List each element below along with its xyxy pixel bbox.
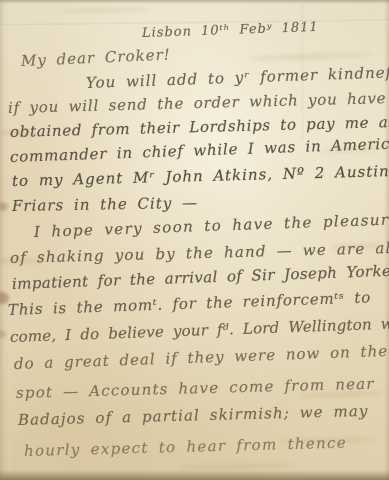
ink-bleedthrough <box>58 7 150 13</box>
paper-edge-top <box>0 0 389 4</box>
letter-line: impatient for the arrival of Sir Joseph … <box>12 262 389 293</box>
paper-edge-left <box>0 0 6 480</box>
letter-line: come, I do believe your fᵈ. Lord Welling… <box>10 314 389 346</box>
letter-line: I hope very soon to have the pleasure <box>34 210 389 241</box>
fold-crease-left <box>7 0 9 480</box>
ink-bleedthrough <box>178 463 298 470</box>
letter-line: You will add to yʳ former kindneſs <box>86 63 389 92</box>
paper-edge-bottom <box>0 470 389 480</box>
letter-line: if you will send the order which you hav… <box>8 89 387 117</box>
ink-bleedthrough <box>248 52 373 61</box>
letter-line: spot — Accounts have come from near <box>16 375 375 402</box>
letter-line: to my Agent Mʳ John Atkins, Nº 2 Austin <box>12 162 389 190</box>
letter-salutation: My dear Croker! <box>21 45 171 70</box>
letter-line: Friars in the City — <box>12 194 198 215</box>
letter-line: This is the momᵗ. for the reinforcemᵗˢ t… <box>8 288 372 319</box>
letter-line: of shaking you by the hand — we are all <box>10 239 389 267</box>
letter-page: Lisbon 10ᵗʰ Febʸ 1811 My dear Croker! Yo… <box>0 0 389 480</box>
letter-line: Badajos of a partial skirmish; we may <box>18 402 369 429</box>
letter-line: do a great deal if they were now on the <box>14 342 389 373</box>
letter-line: hourly expect to hear from thence <box>24 434 347 460</box>
